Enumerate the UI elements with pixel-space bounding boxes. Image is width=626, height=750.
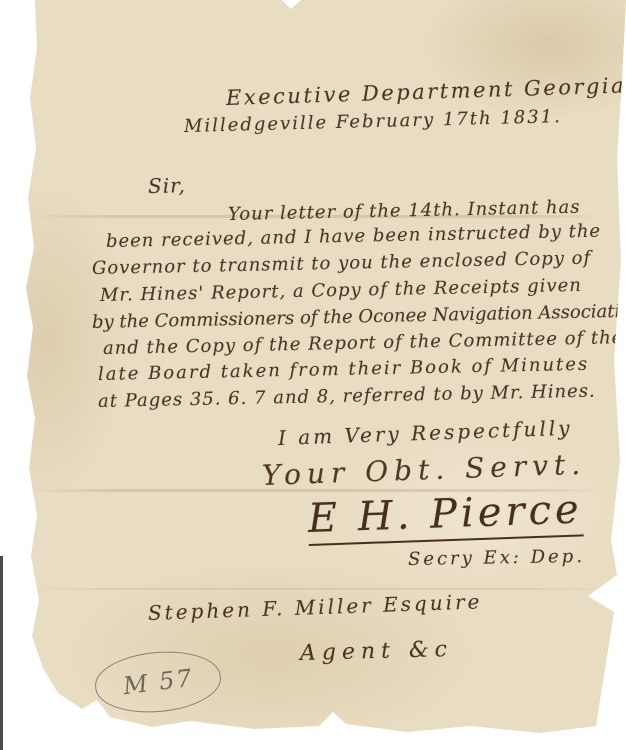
body-line: Governor to transmit to you the enclosed… [92, 248, 592, 279]
closing-line: I am Very Respectfully [278, 416, 573, 450]
scanner-edge-artifact [0, 556, 3, 750]
letter-paper: Executive Department Georgia Milledgevil… [0, 0, 626, 750]
pencil-catalog-oval: M 57 [93, 647, 224, 718]
closing-line: Your Obt. Servt. [261, 448, 586, 492]
salutation: Sir, [148, 173, 186, 198]
letterhead-dateline: Milledgeville February 17th 1831. [184, 106, 562, 137]
letterhead-line-1: Executive Department Georgia [226, 73, 626, 110]
body-line: late Board taken from their Book of Minu… [98, 354, 590, 385]
signature: E H. Pierce [307, 486, 583, 546]
addressee-role: Agent &c [300, 637, 454, 666]
signature-title: Secry Ex: Dep. [408, 546, 585, 570]
body-line: at Pages 35. 6. 7 and 8, referred to by … [98, 381, 596, 412]
body-line: been received, and I have been instructe… [106, 221, 602, 252]
addressee-name: Stephen F. Miller Esquire [148, 589, 483, 625]
fold-crease [30, 588, 605, 590]
body-line: Mr. Hines' Report, a Copy of the Receipt… [100, 275, 582, 306]
body-line: Your letter of the 14th. Instant has [228, 197, 581, 225]
scanned-letter: Executive Department Georgia Milledgevil… [0, 0, 626, 750]
pencil-catalog-number: M 57 [121, 664, 195, 700]
